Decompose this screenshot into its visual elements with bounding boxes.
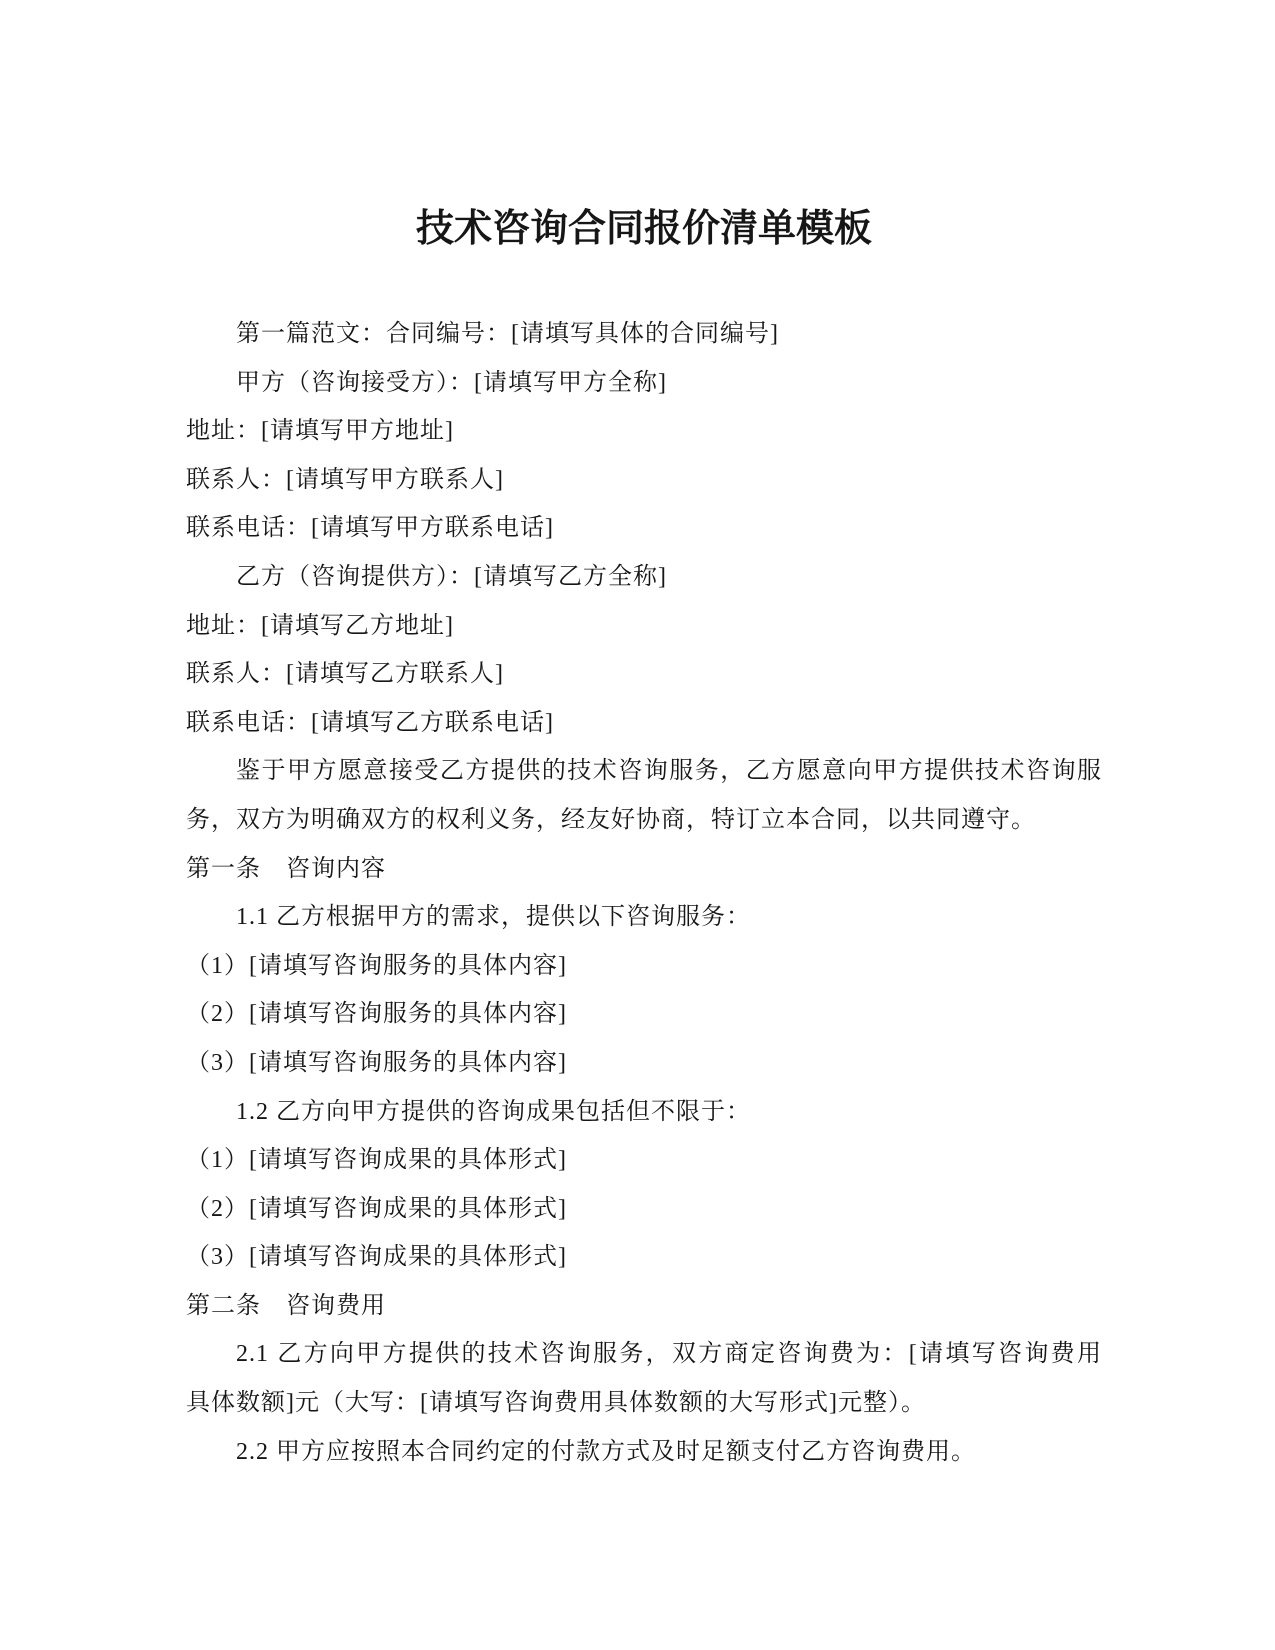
- text-line: 地址：[请填写乙方地址]: [186, 602, 1102, 651]
- text-line: 联系人：[请填写乙方联系人]: [186, 650, 1102, 699]
- text-line: 第一条 咨询内容: [186, 845, 1102, 894]
- document-page: 技术咨询合同报价清单模板 第一篇范文：合同编号：[请填写具体的合同编号]甲方（咨…: [0, 0, 1275, 1650]
- text-line: 地址：[请填写甲方地址]: [186, 407, 1102, 456]
- text-line: 2.1 乙方向甲方提供的技术咨询服务，双方商定咨询费为：[请填写咨询费用: [186, 1330, 1102, 1379]
- text-line: 联系电话：[请填写甲方联系电话]: [186, 504, 1102, 553]
- text-line: 1.1 乙方根据甲方的需求，提供以下咨询服务：: [186, 893, 1102, 942]
- text-line: 务，双方为明确双方的权利义务，经友好协商，特订立本合同，以共同遵守。: [186, 796, 1102, 845]
- text-line: （2）[请填写咨询成果的具体形式]: [186, 1185, 1102, 1234]
- text-line: （3）[请填写咨询服务的具体内容]: [186, 1039, 1102, 1088]
- text-line: 具体数额]元（大写：[请填写咨询费用具体数额的大写形式]元整）。: [186, 1379, 1102, 1428]
- text-line: 第二条 咨询费用: [186, 1282, 1102, 1331]
- text-line: 联系电话：[请填写乙方联系电话]: [186, 699, 1102, 748]
- text-line: （2）[请填写咨询服务的具体内容]: [186, 990, 1102, 1039]
- text-line: 鉴于甲方愿意接受乙方提供的技术咨询服务，乙方愿意向甲方提供技术咨询服: [186, 747, 1102, 796]
- document-body: 第一篇范文：合同编号：[请填写具体的合同编号]甲方（咨询接受方）：[请填写甲方全…: [186, 310, 1102, 1476]
- text-line: 联系人：[请填写甲方联系人]: [186, 456, 1102, 505]
- text-line: 1.2 乙方向甲方提供的咨询成果包括但不限于：: [186, 1088, 1102, 1137]
- document-title: 技术咨询合同报价清单模板: [186, 197, 1102, 252]
- text-line: 第一篇范文：合同编号：[请填写具体的合同编号]: [186, 310, 1102, 359]
- text-line: （1）[请填写咨询服务的具体内容]: [186, 942, 1102, 991]
- text-line: （1）[请填写咨询成果的具体形式]: [186, 1136, 1102, 1185]
- text-line: （3）[请填写咨询成果的具体形式]: [186, 1233, 1102, 1282]
- text-line: 甲方（咨询接受方）：[请填写甲方全称]: [186, 359, 1102, 408]
- text-line: 乙方（咨询提供方）：[请填写乙方全称]: [186, 553, 1102, 602]
- text-line: 2.2 甲方应按照本合同约定的付款方式及时足额支付乙方咨询费用。: [186, 1428, 1102, 1477]
